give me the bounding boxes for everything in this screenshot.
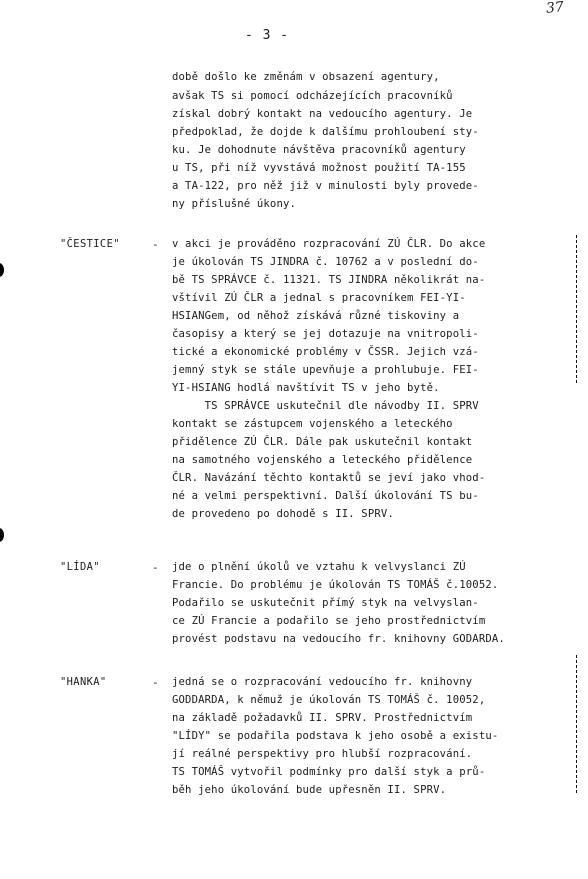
- text-line: TS SPRÁVCE uskutečnil dle návodby II. SP…: [172, 401, 479, 412]
- text-line: Francie. Do problému je úkolován TS TOMÁ…: [172, 580, 498, 591]
- section-dash: -: [152, 239, 159, 250]
- text-line: "LÍDY" se podařila podstava k jeho osobě…: [172, 731, 498, 742]
- section-dash: -: [152, 677, 159, 688]
- text-line: jedná se o rozpracování vedoucího fr. kn…: [172, 677, 472, 688]
- text-line: na samotného vojenského a leteckého přid…: [172, 455, 472, 466]
- text-line: předpoklad, že dojde k dalšímu prohloube…: [172, 127, 479, 138]
- section-codename: "ČESTICE": [60, 239, 120, 249]
- punch-hole: [0, 528, 4, 542]
- text-line: ny příslušné úkony.: [172, 199, 296, 210]
- text-line: jemný styk se stále upevňuje a prohlubuj…: [172, 365, 479, 376]
- text-line: HSIANGem, od něhož získává různé tiskovi…: [172, 311, 459, 322]
- text-line: ce ZÚ Francie a podařilo se jeho prostře…: [172, 616, 485, 627]
- section-dash: -: [152, 562, 159, 573]
- text-line: kontakt se zástupcem vojenského a leteck…: [172, 419, 453, 430]
- text-line: ku. Je dohodnute návštěva pracovníků age…: [172, 145, 466, 156]
- text-line: u TS, při níž vyvstává možnost použití T…: [172, 163, 466, 174]
- text-line: de provedeno po dohodě s II. SPRV.: [172, 509, 394, 520]
- section-codename: "LÍDA": [60, 562, 100, 572]
- punch-hole: [0, 263, 4, 277]
- text-line: době došlo ke změnám v obsazení agentury…: [172, 72, 440, 83]
- text-line: běh jeho úkolování bude upřesněn II. SPR…: [172, 785, 446, 796]
- archive-number: 37: [545, 0, 564, 17]
- text-line: na základě požadavků II. SPRV. Prostředn…: [172, 713, 472, 724]
- text-line: Podařilo se uskutečnit přímý styk na vel…: [172, 598, 479, 609]
- text-line: ČLR. Navázání těchto kontaktů se jeví ja…: [172, 473, 485, 484]
- page-number: - 3 -: [245, 28, 289, 43]
- document-page: 37 - 3 - době došlo ke změnám v obsazení…: [0, 0, 588, 879]
- text-line: bě TS SPRÁVCE č. 11321. TS JINDRA několi…: [172, 275, 485, 286]
- section-codename: "HANKA": [60, 677, 107, 687]
- text-line: v akci je prováděno rozpracování ZÚ ČLR.…: [172, 239, 485, 250]
- text-line: GODDARDA, k němuž je úkolován TS TOMÁŠ č…: [172, 695, 485, 706]
- text-line: vštívil ZÚ ČLR a jednal s pracovníkem FE…: [172, 293, 466, 304]
- text-line: přidělence ZÚ ČLR. Dále pak uskutečnil k…: [172, 437, 472, 448]
- text-line: jde o plnění úkolů ve vztahu k velvyslan…: [172, 562, 466, 573]
- text-line: né a velmi perspektivní. Další úkolování…: [172, 491, 479, 502]
- text-line: TS TOMÁŠ vytvořil podmínky pro další sty…: [172, 767, 485, 778]
- text-line: jí reálné perspektivy pro hlubší rozprac…: [172, 749, 472, 760]
- text-line: a TA-122, pro něž již v minulosti byly p…: [172, 181, 479, 192]
- text-line: časopisy a který se jej dotazuje na vnit…: [172, 329, 479, 340]
- edge-line: [576, 655, 577, 795]
- text-line: získal dobrý kontakt na vedoucího agentu…: [172, 109, 472, 120]
- text-line: avšak TS si pomocí odcházejících pracovn…: [172, 91, 453, 102]
- edge-line: [576, 235, 577, 385]
- text-line: provést podstavu na vedoucího fr. knihov…: [172, 634, 505, 645]
- text-line: je úkolován TS JINDRA č. 10762 a v posle…: [172, 257, 479, 268]
- text-line: tické a ekonomické problémy v ČSSR. Jeji…: [172, 347, 479, 358]
- text-line: YI-HSIANG hodlá navštívit TS v jeho bytě…: [172, 383, 440, 394]
